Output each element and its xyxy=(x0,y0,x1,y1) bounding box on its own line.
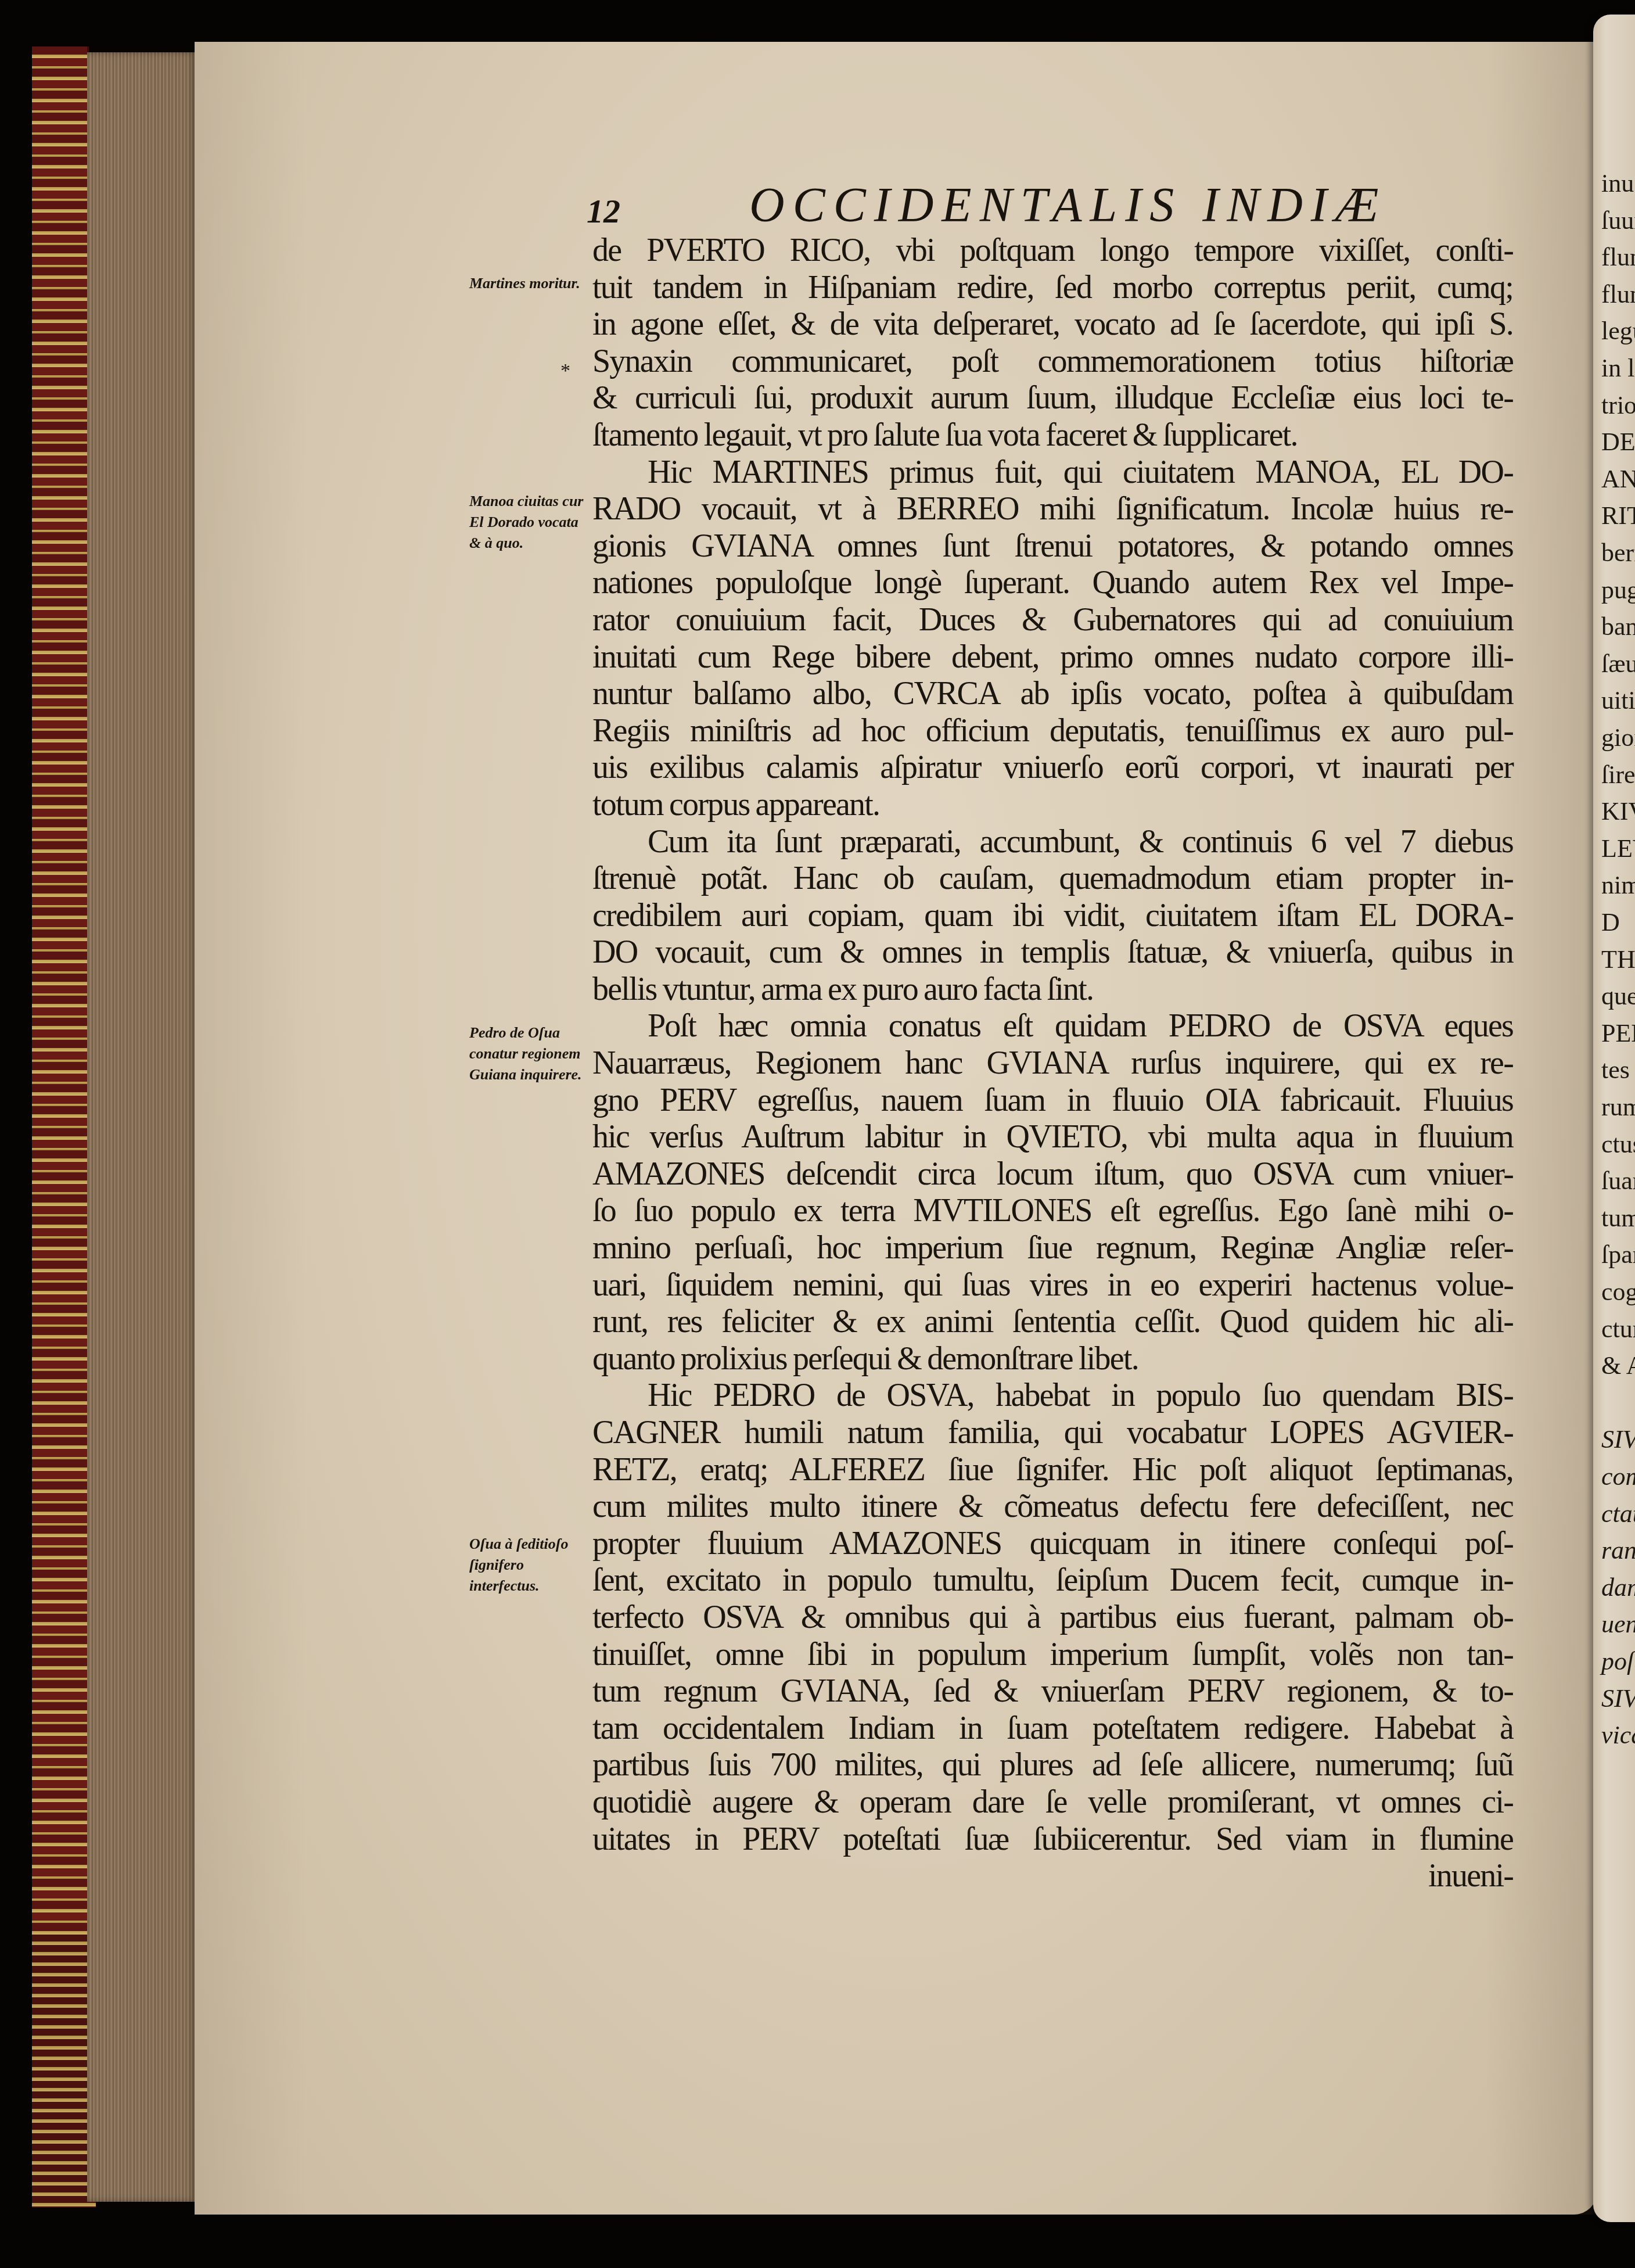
facing-page-text-fragment: THA, xyxy=(1601,945,1635,974)
facing-page-text-fragment: uenit xyxy=(1601,1609,1635,1639)
facing-page-text-fragment: ctum xyxy=(1601,1314,1635,1344)
text-line: nationes populoſque longè ſuperant. Quan… xyxy=(592,565,1513,602)
text-line: uitates in PERV poteſtati ſuæ ſubiiceren… xyxy=(592,1821,1513,1858)
text-line: Synaxin communicaret, poſt commemoration… xyxy=(592,343,1513,381)
text-line: nuntur balſamo albo, CVRCA ab ipſis voca… xyxy=(592,676,1513,713)
page-number: 12 xyxy=(587,192,620,231)
book-page-right-facing: inueniſuumflumirflumirleguasin littotrio… xyxy=(1593,15,1635,2222)
page-block-edge xyxy=(87,52,197,2202)
facing-page-text-fragment: D xyxy=(1601,907,1620,937)
text-line: CAGNER humili natum familia, qui vocabat… xyxy=(592,1415,1513,1452)
facing-page-text-fragment: ctus e xyxy=(1601,1129,1635,1159)
facing-page-text-fragment: PELO xyxy=(1601,1018,1635,1048)
text-line: tam occidentalem Indiam in ſuam poteſtat… xyxy=(592,1710,1513,1747)
facing-page-text-fragment: ctatur xyxy=(1601,1499,1635,1528)
facing-page-text-fragment: ſirectè xyxy=(1601,760,1635,790)
facing-page-text-fragment: leguas xyxy=(1601,316,1635,346)
facing-page-text-fragment: ſuam xyxy=(1601,1166,1635,1196)
margin-note: Martines moritur. xyxy=(469,273,585,294)
text-line: hic verſus Auſtrum labitur in QVIETO, vb… xyxy=(592,1119,1513,1156)
text-line: inueni- xyxy=(592,1858,1513,1895)
text-line: uis exilibus calamis aſpiratur vniuerſo … xyxy=(592,749,1513,787)
facing-page-text-fragment: bernat xyxy=(1601,538,1635,568)
margin-marker: * xyxy=(560,360,570,382)
facing-page-text-fragment: RITA, xyxy=(1601,501,1635,530)
book-cover-gilt-edge-bottom xyxy=(32,1935,96,2208)
text-line: de PVERTO RICO, vbi poſtquam longo tempo… xyxy=(592,232,1513,270)
text-line: ſo ſuo populo ex terra MVTILONES eſt egr… xyxy=(592,1193,1513,1230)
margin-note: Manoa ciuitas cur El Dorado vocata & à q… xyxy=(469,491,585,554)
text-line: Poſt hæc omnia conatus eſt quidam PEDRO … xyxy=(592,1008,1513,1045)
facing-page-text-fragment: DEL T xyxy=(1601,427,1635,457)
facing-page-text-fragment: ANDR xyxy=(1601,464,1635,494)
text-line: tuit tandem in Hiſpaniam redire, ſed mor… xyxy=(592,270,1513,307)
text-line: tinuiſſet, omne ſibi in populum imperium… xyxy=(592,1637,1513,1674)
text-line: in agone eſſet, & de vita deſperaret, vo… xyxy=(592,306,1513,343)
text-line: gno PERV egreſſus, nauem ſuam in fluuio … xyxy=(592,1082,1513,1119)
text-line: ſtamento legauit, vt pro ſalute ſua vota… xyxy=(592,417,1513,454)
facing-page-text-fragment: coger xyxy=(1601,1277,1635,1307)
facing-page-text-fragment: flumir xyxy=(1601,242,1635,272)
text-line: credibilem auri copiam, quam ibi vidit, … xyxy=(592,898,1513,935)
text-line: gionis GVIANA omnes ſunt ſtrenui potator… xyxy=(592,528,1513,565)
text-line: cum milites multo itinere & cõmeatus def… xyxy=(592,1488,1513,1526)
facing-page-text-fragment: que po xyxy=(1601,981,1635,1011)
facing-page-text-fragment: inueni xyxy=(1601,168,1635,198)
book-cover-gilt-edge xyxy=(32,46,89,1935)
facing-page-text-fragment: rum p xyxy=(1601,1092,1635,1122)
text-line: terfecto OSVA & omnibus qui à partibus e… xyxy=(592,1599,1513,1637)
text-line: uari, ſiquidem nemini, qui ſuas vires in… xyxy=(592,1267,1513,1304)
margin-note: Pedro de Oſua conatur regionem Guiana in… xyxy=(469,1022,585,1085)
facing-page-text-fragment: uitipſe xyxy=(1601,686,1635,715)
text-line: ſent, excitato in populo tumultu, ſeipſu… xyxy=(592,1562,1513,1599)
text-line: quotidiè augere & operam dare ſe velle p… xyxy=(592,1784,1513,1821)
facing-page-text-fragment: comm xyxy=(1601,1462,1635,1491)
facing-page-text-fragment: SIVS xyxy=(1601,1424,1635,1454)
facing-page-text-fragment: bant. I xyxy=(1601,612,1635,641)
facing-page-text-fragment: ranni xyxy=(1601,1535,1635,1565)
facing-page-text-fragment: ſæuiit, xyxy=(1601,649,1635,679)
facing-page-text-fragment: pugnat xyxy=(1601,575,1635,605)
text-line: tum regnum GVIANA, ſed & vniuerſam PERV … xyxy=(592,1673,1513,1710)
text-line: quanto prolixius perſequi & demonſtrare … xyxy=(592,1341,1513,1378)
text-line: RETZ, eratq; ALFEREZ ſiue ſignifer. Hic … xyxy=(592,1452,1513,1489)
facing-page-text-fragment: poſtm xyxy=(1601,1646,1635,1676)
text-line: AMAZONES deſcendit circa locum iſtum, qu… xyxy=(592,1156,1513,1193)
facing-page-text-fragment: trionem xyxy=(1601,390,1635,420)
facing-page-text-fragment: ſpaño xyxy=(1601,1240,1635,1269)
facing-page-text-fragment: tes N xyxy=(1601,1055,1635,1085)
text-line: DO vocauit, cum & omnes in templis ſtatu… xyxy=(592,934,1513,971)
body-text: de PVERTO RICO, vbi poſtquam longo tempo… xyxy=(592,232,1513,1895)
text-line: Hic PEDRO de OSVA, habebat in populo ſuo… xyxy=(592,1377,1513,1415)
text-line: & curriculi ſui, produxit aurum ſuum, il… xyxy=(592,380,1513,417)
text-line: inuitati cum Rege bibere debent, primo o… xyxy=(592,639,1513,676)
facing-page-text-fragment: dam ſ xyxy=(1601,1573,1635,1602)
facing-page-text-fragment: KIVS xyxy=(1601,796,1635,826)
facing-page-text-fragment: tum e xyxy=(1601,1203,1635,1233)
facing-page-text-fragment: gionib xyxy=(1601,723,1635,752)
text-line: mnino perſuaſi, hoc imperium ſiue regnum… xyxy=(592,1230,1513,1267)
text-line: RADO vocauit, vt à BERREO mihi ſignifica… xyxy=(592,491,1513,528)
text-line: propter fluuium AMAZONES quicquam in iti… xyxy=(592,1526,1513,1563)
facing-page-text-fragment: in litto xyxy=(1601,353,1635,383)
text-line: Hic MARTINES primus fuit, qui ciuitatem … xyxy=(592,454,1513,491)
text-line: totum corpus appareant. xyxy=(592,787,1513,824)
margin-note: Oſua à ſeditioſo ſignifero interfectus. xyxy=(469,1534,585,1596)
text-line: runt, res feliciter & ex animi ſententia… xyxy=(592,1304,1513,1341)
text-line: Regiis miniſtris ad hoc officium deputat… xyxy=(592,713,1513,750)
facing-page-text-fragment: & AG xyxy=(1601,1351,1635,1380)
facing-page-text-fragment: SIVS xyxy=(1601,1684,1635,1713)
text-line: bellis vtuntur, arma ex puro auro facta … xyxy=(592,971,1513,1009)
facing-page-text-fragment: vicar xyxy=(1601,1720,1635,1750)
facing-page-text-fragment: flumir xyxy=(1601,279,1635,309)
text-line: rator conuiuium facit, Duces & Gubernato… xyxy=(592,602,1513,639)
facing-page-text-fragment: LEVA xyxy=(1601,834,1635,863)
facing-page-text-fragment: nimac xyxy=(1601,870,1635,900)
text-line: Nauarræus, Regionem hanc GVIANA rurſus i… xyxy=(592,1045,1513,1082)
facing-page-text-fragment: ſuum xyxy=(1601,206,1635,235)
text-line: partibus ſuis 700 milites, qui plures ad… xyxy=(592,1747,1513,1784)
text-line: Cum ita ſunt præparati, accumbunt, & con… xyxy=(592,824,1513,861)
running-head: OCCIDENTALIS INDIÆ xyxy=(749,177,1400,234)
text-line: ſtrenuè potãt. Hanc ob cauſam, quemadmod… xyxy=(592,860,1513,898)
